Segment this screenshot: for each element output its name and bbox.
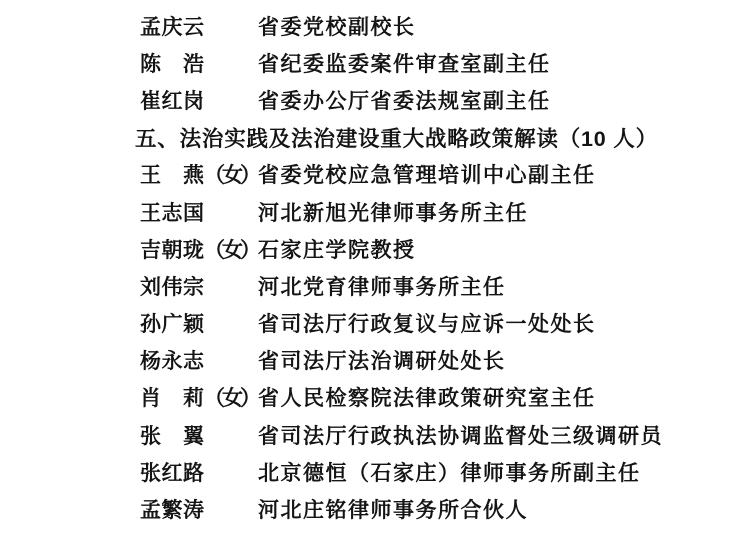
roster-section-row: 五、法治实践及法治建设重大战略政策解读（10 人） bbox=[140, 119, 756, 156]
gender-suffix: （女） bbox=[204, 234, 258, 264]
person-name: 孟庆云 bbox=[140, 11, 204, 41]
person-name: 刘伟宗 bbox=[140, 271, 204, 301]
roster-row: 肖 莉 （女） 省人民检察院法律政策研究室主任 bbox=[140, 379, 756, 416]
person-title: 省人民检察院法律政策研究室主任 bbox=[258, 382, 596, 412]
person-name: 肖 莉 bbox=[140, 382, 204, 412]
person-name: 陈 浩 bbox=[140, 48, 204, 78]
person-title: 省委党校副校长 bbox=[258, 11, 416, 41]
person-name: 张红路 bbox=[140, 457, 204, 487]
roster-row: 孟繁涛 河北庄铭律师事务所合伙人 bbox=[140, 490, 756, 527]
person-title: 省司法厅法治调研处处长 bbox=[258, 345, 506, 375]
person-title: 河北新旭光律师事务所主任 bbox=[258, 197, 528, 227]
roster-row: 孙广颖 省司法厅行政复议与应诉一处处长 bbox=[140, 305, 756, 342]
document-page: 孟庆云 省委党校副校长 陈 浩 省纪委监委案件审查室副主任 崔红岗 省委办公厅省… bbox=[0, 0, 756, 542]
person-name: 张 翼 bbox=[140, 420, 204, 450]
roster-row: 孟庆云 省委党校副校长 bbox=[140, 7, 756, 44]
person-name: 王志国 bbox=[140, 197, 204, 227]
person-title: 石家庄学院教授 bbox=[258, 234, 416, 264]
person-title: 河北庄铭律师事务所合伙人 bbox=[258, 494, 528, 524]
roster-row: 张 翼 省司法厅行政执法协调监督处三级调研员 bbox=[140, 416, 756, 453]
person-title: 省委办公厅省委法规室副主任 bbox=[258, 85, 551, 115]
section-heading: 五、法治实践及法治建设重大战略政策解读（10 人） bbox=[135, 122, 658, 153]
person-name: 孟繁涛 bbox=[140, 494, 204, 524]
person-name: 崔红岗 bbox=[140, 85, 204, 115]
roster-row: 崔红岗 省委办公厅省委法规室副主任 bbox=[140, 81, 756, 118]
person-name: 孙广颖 bbox=[140, 308, 204, 338]
roster-row: 陈 浩 省纪委监委案件审查室副主任 bbox=[140, 44, 756, 81]
roster-row: 刘伟宗 河北党育律师事务所主任 bbox=[140, 267, 756, 304]
gender-suffix: （女） bbox=[204, 382, 258, 412]
roster-row: 王志国 河北新旭光律师事务所主任 bbox=[140, 193, 756, 230]
person-name: 吉朝珑 bbox=[140, 234, 204, 264]
person-name: 杨永志 bbox=[140, 345, 204, 375]
roster-row: 杨永志 省司法厅法治调研处处长 bbox=[140, 342, 756, 379]
person-title: 省司法厅行政复议与应诉一处处长 bbox=[258, 308, 596, 338]
person-name: 王 燕 bbox=[140, 159, 204, 189]
person-title: 省司法厅行政执法协调监督处三级调研员 bbox=[258, 420, 663, 450]
roster-row: 王 燕 （女） 省委党校应急管理培训中心副主任 bbox=[140, 156, 756, 193]
gender-suffix: （女） bbox=[204, 159, 258, 189]
person-title: 河北党育律师事务所主任 bbox=[258, 271, 506, 301]
roster-row: 吉朝珑 （女） 石家庄学院教授 bbox=[140, 230, 756, 267]
person-title: 省纪委监委案件审查室副主任 bbox=[258, 48, 551, 78]
roster-row: 张红路 北京德恒（石家庄）律师事务所副主任 bbox=[140, 453, 756, 490]
person-title: 北京德恒（石家庄）律师事务所副主任 bbox=[258, 457, 641, 487]
roster-list: 孟庆云 省委党校副校长 陈 浩 省纪委监委案件审查室副主任 崔红岗 省委办公厅省… bbox=[0, 0, 756, 528]
person-title: 省委党校应急管理培训中心副主任 bbox=[258, 159, 596, 189]
